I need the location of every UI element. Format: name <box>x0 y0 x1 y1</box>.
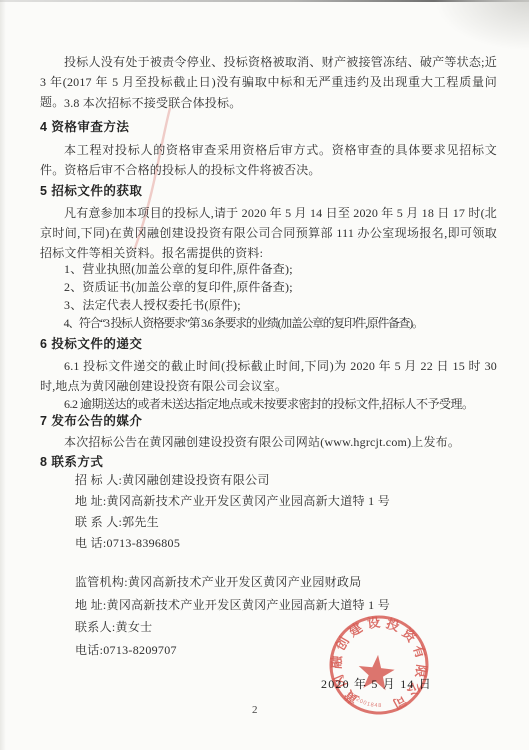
required-document-item: 2、资质证书(加盖公章的复印件,原件备查); <box>40 277 497 297</box>
tenderer-address-line: 地 址:黄冈高新技术产业开发区黄冈产业园高新大道特 1 号 <box>75 491 505 512</box>
section-4-heading: 4 资格审查方法 <box>40 117 497 137</box>
scan-left-edge <box>0 0 6 750</box>
required-document-item: 3、法定代表人授权委托书(原件); <box>40 295 497 315</box>
section-5-heading: 5 招标文件的获取 <box>40 181 497 201</box>
seal-star <box>356 653 396 691</box>
scan-top-edge <box>0 0 529 2</box>
tenderer-contact-block: 招 标 人:黄冈融创建设投资有限公司 地 址:黄冈高新技术产业开发区黄冈产业园高… <box>75 470 505 554</box>
required-document-item: 1、营业执照(加盖公章的复印件,原件备查); <box>40 259 497 279</box>
section-7-body: 本次招标公告在黄冈融创建设投资有限公司网站(www.hgrcjt.com)上发布… <box>40 432 497 452</box>
regulator-address-line: 地 址:黄冈高新技术产业开发区黄冈产业园高新大道特 1 号 <box>75 594 505 617</box>
page-number: 2 <box>252 704 258 716</box>
section-7-heading: 7 发布公告的媒介 <box>40 411 497 431</box>
scanned-document-page: 投标人没有处于被责令停业、投标资格被取消、财产被接管冻结、破产等状态;近 3 年… <box>0 0 529 750</box>
regulator-contact-block: 监管机构:黄冈高新技术产业开发区黄冈产业园财政局 地 址:黄冈高新技术产业开发区… <box>75 571 505 661</box>
company-seal: 黄冈融创建设投资有限公司 11020018487 <box>324 610 434 720</box>
regulator-line: 监管机构:黄冈高新技术产业开发区黄冈产业园财政局 <box>75 571 505 594</box>
tenderer-phone-line: 电 话:0713-8396805 <box>75 533 505 554</box>
clause-6-1: 6.1 投标文件递交的截止时间(投标截止时间,下同)为 2020 年 5 月 2… <box>40 356 497 396</box>
regulator-contact-person-line: 联系人:黄女士 <box>75 616 505 639</box>
regulator-phone-line: 电话:0713-8209707 <box>75 639 505 662</box>
tenderer-line: 招 标 人:黄冈融创建设投资有限公司 <box>75 470 505 491</box>
required-document-item: 4、符合“3 投标人资格要求”第 3.6 条要求的业绩(加盖公章的复印件,原件备… <box>40 313 497 333</box>
clause-3-8: 3.8 本次招标不接受联合体投标。 <box>40 93 497 113</box>
section-4-body: 本工程对投标人的资格审查采用资格后审方式。资格审查的具体要求见招标文件。资格后审… <box>40 140 497 180</box>
section-5-body: 凡有意参加本项目的投标人,请于 2020 年 5 月 14 日至 2020 年 … <box>40 203 497 263</box>
section-6-heading: 6 投标文件的递交 <box>40 334 497 354</box>
section-8-heading: 8 联系方式 <box>40 452 497 472</box>
tenderer-contact-person-line: 联 系 人:郭先生 <box>75 512 505 533</box>
